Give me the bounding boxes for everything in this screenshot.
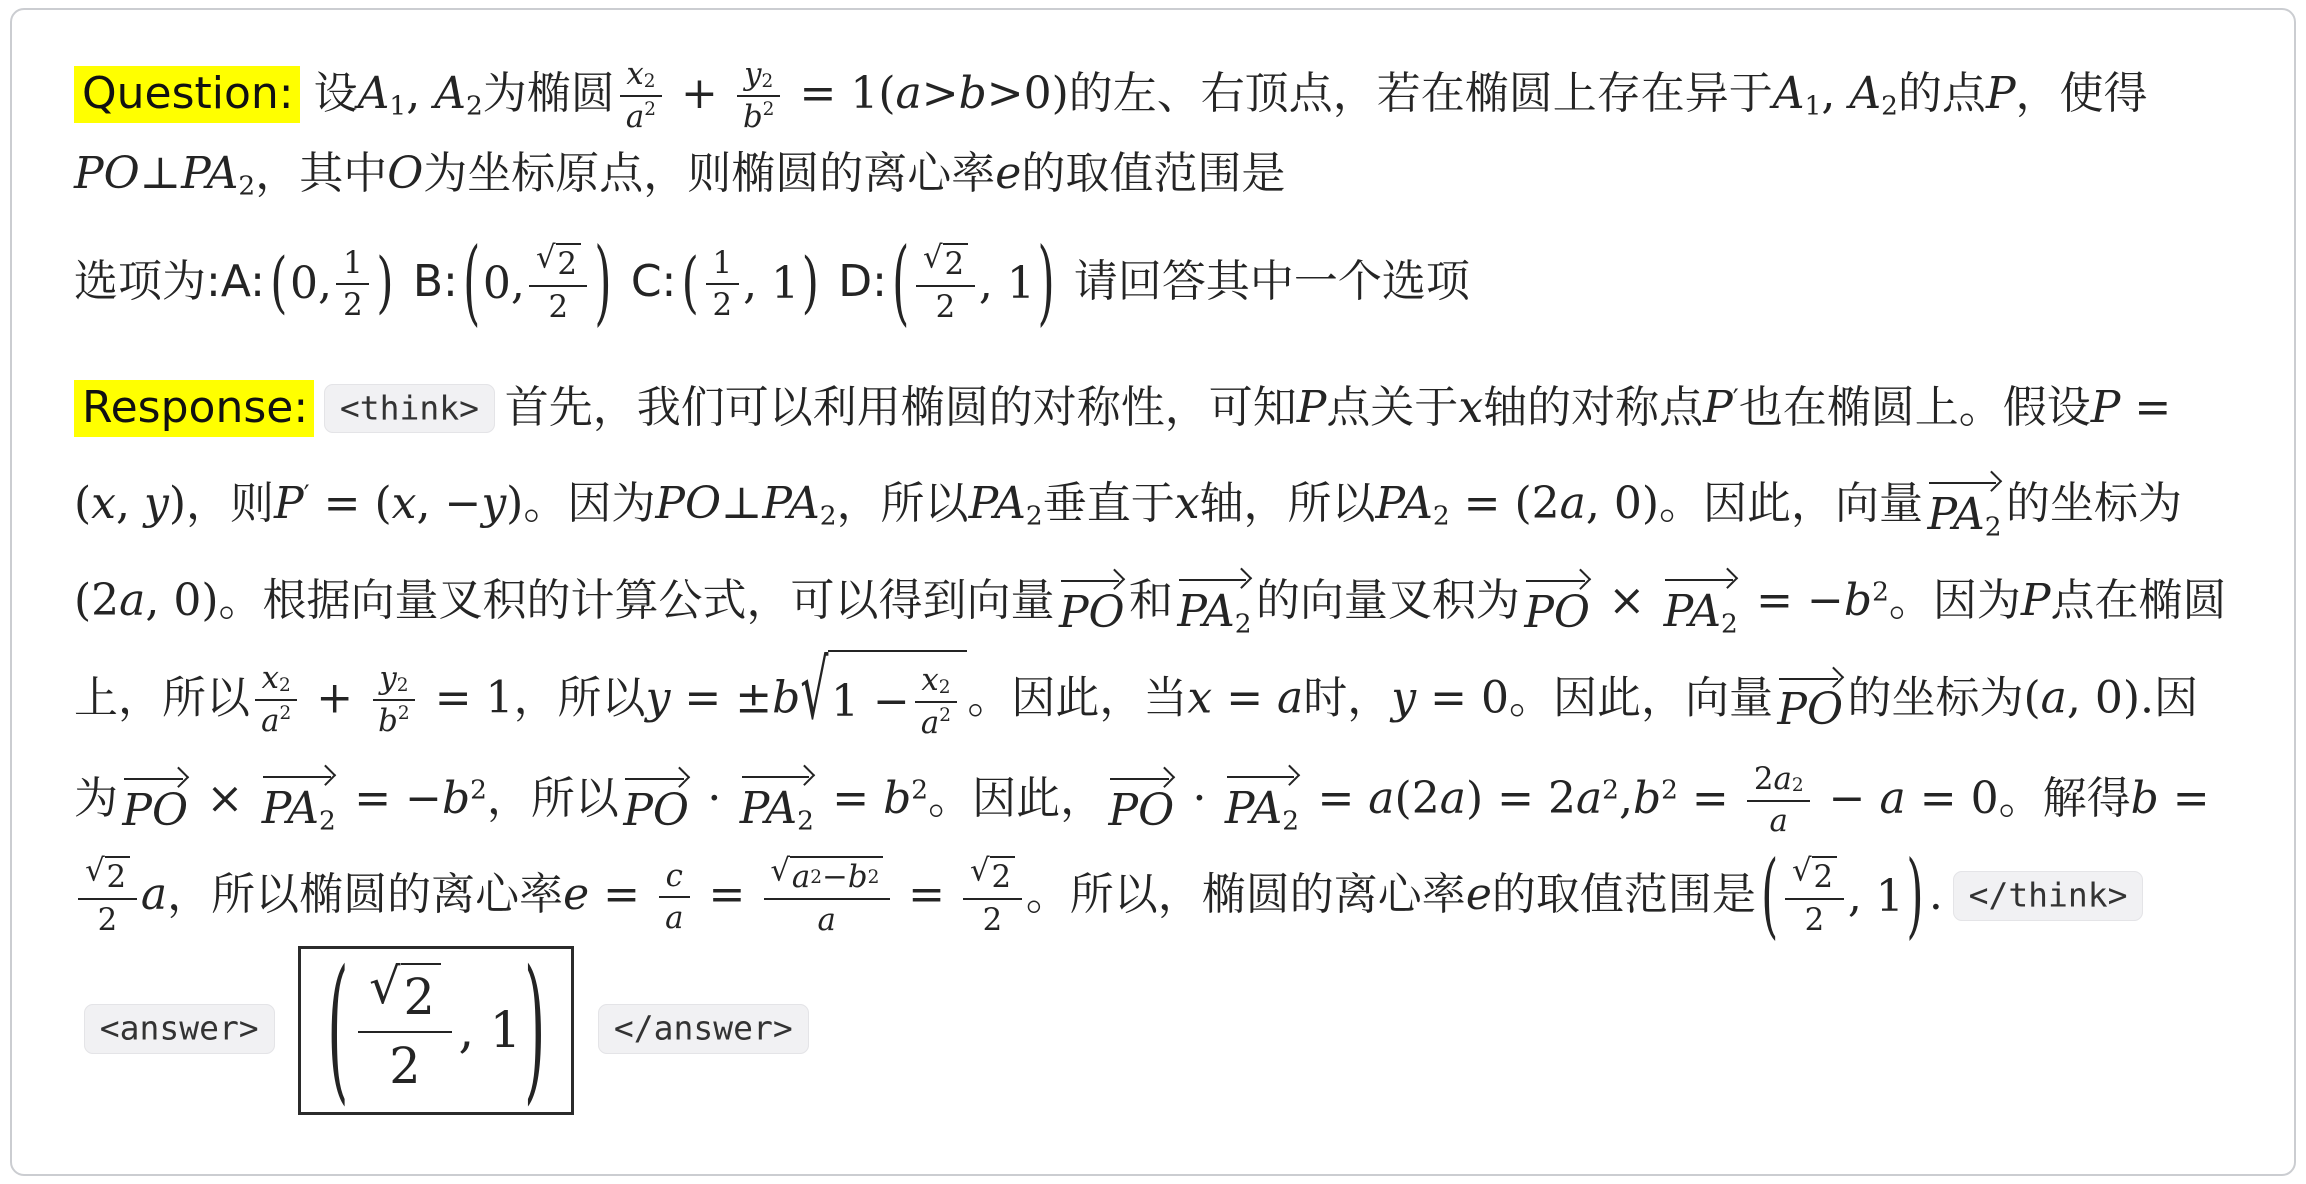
math-superscript: 2 — [810, 867, 822, 889]
text-run: 的左、右顶点，若在椭圆上存在异于 — [1069, 68, 1773, 119]
vector-body: PA2 — [1927, 492, 2001, 541]
math-variable: b — [1844, 575, 1872, 626]
math-subscript: 2 — [1881, 91, 1898, 122]
text-run: 。因此， — [928, 773, 1104, 824]
fraction-numerator: x2 — [255, 660, 298, 701]
math-variable: a — [921, 705, 939, 742]
math-literal: , — [1821, 68, 1849, 119]
math-literal: , 0) — [145, 575, 218, 626]
vector-body: PO — [1524, 590, 1590, 636]
math-subscript: 2 — [1721, 608, 1738, 639]
fraction-denominator: 2 — [91, 900, 124, 939]
fraction-denominator: a — [811, 900, 843, 939]
response-paragraph: Response:<think>首先，我们可以利用椭圆的对称性，可知P点关于x轴… — [74, 360, 2234, 1115]
math-variable: a — [1560, 478, 1586, 529]
vector-body: PA2 — [1177, 589, 1251, 638]
fraction-denominator: 2 — [706, 285, 739, 324]
math-sqrt: √2 — [970, 856, 1015, 896]
vector-arrow-icon — [122, 767, 188, 787]
vector-body: PO — [1059, 590, 1125, 636]
math-literal: 2 — [107, 859, 127, 896]
math-literal: = ± — [670, 672, 772, 723]
math-literal: , − — [416, 478, 481, 529]
math-variable: PA — [1664, 586, 1721, 637]
math-literal: ) = 2 — [1466, 773, 1576, 824]
vector-arrow-icon — [1059, 570, 1125, 590]
fraction-denominator: a — [658, 898, 690, 937]
math-literal: 2 — [983, 902, 1003, 939]
math-literal: = — [894, 869, 959, 920]
math-variable: a — [1880, 773, 1906, 824]
math-literal: 2 — [389, 1036, 420, 1098]
math-literal: 1 — [343, 245, 363, 282]
math-variable: x — [1175, 478, 1200, 529]
math-variable: e — [563, 869, 589, 920]
math-superscript: 2 — [1792, 775, 1804, 797]
highlight-label: Question: — [74, 66, 300, 123]
math-superscript: 2 — [1602, 774, 1619, 805]
math-variable: a — [895, 68, 921, 119]
radical-sign-icon: √ — [85, 855, 105, 886]
text-run: 的点 — [1898, 68, 1986, 119]
math-variable: O — [387, 148, 423, 199]
math-literal: = ( — [310, 478, 392, 529]
text-run: 也在椭圆上。假设 — [1739, 382, 2091, 433]
math-variable: A — [1849, 68, 1881, 119]
text-run: 点关于 — [1326, 382, 1458, 433]
text-run: 。解得 — [1999, 773, 2131, 824]
fraction-denominator: 2 — [336, 285, 369, 324]
fraction-numerator: x2 — [915, 662, 958, 703]
question-paragraph: Question: 设A1, A2为椭圆x2a2 + y2b2 = 1(a>b>… — [74, 56, 2234, 211]
text-run: 轴的对称点 — [1483, 382, 1703, 433]
fraction-numerator: y2 — [737, 56, 780, 97]
math-variable: y — [144, 478, 169, 529]
math-fraction: x2a2 — [254, 660, 298, 740]
math-variable: x — [1458, 382, 1483, 433]
code-tag-chip: <think> — [324, 384, 495, 434]
text-run: 为椭圆 — [483, 68, 615, 119]
radical-sign-icon: √ — [923, 242, 943, 273]
math-fraction: y2b2 — [371, 660, 416, 740]
math-variable: c — [666, 858, 683, 895]
math-variable: PA — [1927, 489, 1984, 540]
math-variable: PA — [1177, 586, 1234, 637]
document-card: Question: 设A1, A2为椭圆x2a2 + y2b2 = 1(a>b>… — [10, 8, 2296, 1176]
text-run: 设 — [300, 68, 358, 119]
text-run: ，所以椭圆的离心率 — [167, 869, 563, 920]
math-literal: , 1 — [1848, 849, 1904, 946]
math-literal: , 0) — [1586, 478, 1659, 529]
math-fraction: 2a2a — [1747, 761, 1810, 841]
math-variable: PO — [623, 785, 689, 836]
open-paren: ( — [1761, 851, 1778, 943]
math-literal: > — [922, 68, 959, 119]
math-variable: y — [646, 672, 671, 723]
math-variable: b — [743, 99, 763, 136]
math-literal: 2 — [1805, 902, 1825, 939]
radical-sign-icon: √ — [536, 242, 556, 273]
math-literal: ) — [169, 478, 186, 529]
math-literal: , 0). — [2067, 672, 2154, 723]
math-superscript: 2 — [939, 677, 951, 699]
text-run: 的坐标为 — [2006, 478, 2182, 529]
math-variable: PA — [969, 478, 1026, 529]
math-variable: y — [744, 56, 761, 93]
math-variable: b — [1633, 773, 1661, 824]
math-literal: 0, — [290, 239, 332, 329]
math-variable: P — [2091, 382, 2121, 433]
math-variable: a — [818, 902, 836, 939]
math-variable: PA — [762, 478, 819, 529]
math-superscript: 2 — [911, 774, 928, 805]
math-variable: A — [434, 68, 466, 119]
answer-box: (√22, 1) — [298, 946, 574, 1115]
math-variable: PA — [1225, 783, 1282, 834]
math-variable: e — [995, 148, 1021, 199]
open-paren: ( — [463, 238, 480, 330]
parens-content: √22, 1 — [348, 963, 524, 1098]
math-vector: PA2 — [1664, 568, 1738, 638]
math-variable: a — [1368, 773, 1394, 824]
math-variable: e — [1466, 869, 1492, 920]
parens-content: √22, 1 — [909, 239, 1037, 329]
vector-body: PA2 — [1664, 589, 1738, 638]
fraction-numerator: y2 — [373, 660, 416, 701]
highlight-label: Response: — [74, 380, 314, 437]
text-run: ，所以 — [514, 672, 646, 723]
close-paren: ) — [594, 238, 611, 330]
math-vector: PO — [122, 767, 188, 833]
vector-arrow-icon — [623, 767, 689, 787]
fraction-numerator: 1 — [706, 245, 739, 286]
math-fraction: √22 — [78, 856, 136, 939]
math-vector: PO — [623, 767, 689, 833]
text-run: C: — [617, 256, 677, 307]
math-literal: = 0 — [1906, 773, 1999, 824]
math-variable: A — [1773, 68, 1805, 119]
math-literal: 2 — [343, 287, 363, 324]
radical-sign-icon: √ — [1792, 855, 1812, 886]
math-vector: PO — [1777, 667, 1843, 733]
math-literal: 2 — [1813, 859, 1833, 896]
math-variable: x — [392, 478, 417, 529]
math-vector: PO — [1059, 570, 1125, 636]
math-literal: ( — [2023, 672, 2040, 723]
fraction-numerator: √a2 − b2 — [764, 856, 890, 900]
fraction-denominator: 2 — [976, 900, 1009, 939]
math-subscript: 2 — [820, 501, 837, 532]
math-variable: a — [1576, 773, 1602, 824]
math-variable: A — [358, 68, 390, 119]
math-variable: PA — [262, 783, 319, 834]
text-run: 。所以，椭圆的离心率 — [1026, 869, 1466, 920]
code-tag-chip: </think> — [1953, 871, 2144, 921]
math-fraction: √22 — [529, 243, 587, 326]
vector-body: PO — [1777, 687, 1843, 733]
fraction-numerator: √2 — [916, 243, 974, 287]
math-variable: PA — [740, 783, 797, 834]
vector-body: PO — [1108, 788, 1174, 834]
math-literal: 2 — [549, 289, 569, 326]
math-literal: = — [1678, 773, 1743, 824]
text-run: 。因此，向量 — [1509, 672, 1773, 723]
math-parens: (0, √22) — [463, 239, 611, 329]
math-variable: P — [1297, 382, 1327, 433]
math-variable: b — [848, 859, 868, 896]
open-paren: ( — [682, 251, 699, 317]
math-literal: − — [822, 859, 848, 896]
math-variable: x — [91, 478, 116, 529]
math-variable: PA — [181, 148, 238, 199]
math-variable: PO — [1777, 684, 1843, 735]
math-literal: · — [693, 773, 735, 824]
math-literal: 2 — [557, 246, 577, 283]
math-literal: × — [192, 773, 257, 824]
text-run: 的坐标为 — [1847, 672, 2023, 723]
math-literal: , — [1619, 773, 1633, 824]
math-fraction: 12 — [706, 245, 739, 325]
math-literal: >0) — [987, 68, 1069, 119]
text-run: 的取值范围是 — [1021, 148, 1285, 199]
math-sqrt: √2 — [923, 243, 968, 283]
math-vector: PA2 — [1225, 766, 1299, 836]
math-superscript: 2 — [279, 675, 291, 697]
math-literal: , 1 — [979, 239, 1035, 329]
text-run: 的取值范围是 — [1492, 869, 1756, 920]
math-literal: ⊥ — [721, 478, 762, 529]
text-run: D: — [824, 256, 887, 307]
text-run: 为坐标原点，则椭圆的离心率 — [423, 148, 995, 199]
vector-arrow-icon — [1108, 767, 1174, 787]
math-fraction: √22 — [358, 963, 451, 1098]
math-subscript: 2 — [1985, 511, 2002, 542]
parens-content: √22, 1 — [1778, 849, 1906, 946]
vector-arrow-icon — [1225, 766, 1299, 786]
radical-sign-icon: √ — [800, 652, 828, 733]
math-literal: = 0 — [1416, 672, 1509, 723]
math-superscript: 2 — [470, 774, 487, 805]
math-literal: = − — [340, 773, 442, 824]
close-paren: ) — [1906, 851, 1923, 943]
radicand: a2 − b2 — [790, 856, 883, 896]
math-literal: 2 — [936, 289, 956, 326]
math-literal: 2 — [404, 967, 435, 1029]
text-run: ，其中 — [255, 148, 387, 199]
math-sqrt: √1 − x2a2 — [800, 650, 967, 751]
math-literal: = (2 — [1450, 478, 1560, 529]
math-fraction: x2a2 — [619, 56, 663, 136]
math-literal: (2 — [1395, 773, 1440, 824]
math-vector: PO — [1524, 570, 1590, 636]
math-parens: (√22, 1) — [327, 963, 545, 1098]
close-paren: ) — [524, 952, 545, 1109]
math-superscript: 2 — [644, 99, 656, 136]
math-subscript: 2 — [319, 806, 336, 837]
text-run: ，则 — [186, 478, 274, 529]
math-superscript: 2 — [1661, 774, 1678, 805]
parens-content: 0, 12 — [287, 239, 376, 329]
fraction-denominator: 2 — [378, 1033, 431, 1098]
math-variable: b — [442, 773, 470, 824]
options-paragraph: 选项为:A:(0, 12) B:(0, √22) C:(12, 1) D:(√2… — [74, 237, 2234, 329]
fraction-numerator: √2 — [1785, 856, 1843, 900]
math-variable: x — [921, 662, 938, 699]
close-paren: ) — [376, 251, 393, 317]
fraction-denominator: 2 — [929, 287, 962, 326]
math-literal: , — [406, 68, 434, 119]
math-variable: y — [379, 660, 396, 697]
math-superscript: 2 — [1872, 577, 1889, 608]
math-literal: = 1( — [785, 68, 895, 119]
math-literal: × — [1594, 575, 1659, 626]
math-variable: P — [274, 478, 304, 529]
vector-arrow-icon — [1524, 570, 1590, 590]
open-paren: ( — [270, 251, 287, 317]
math-superscript: 2 — [762, 71, 774, 93]
math-variable: a — [1440, 773, 1466, 824]
vector-body: PA2 — [262, 786, 336, 835]
text-run: 首先，我们可以利用椭圆的对称性，可知 — [505, 382, 1297, 433]
text-run: 选项为:A: — [74, 256, 265, 307]
math-variable: a — [261, 703, 279, 740]
fraction-denominator: a2 — [619, 97, 663, 136]
math-variable: PO — [122, 785, 188, 836]
math-variable: a — [141, 869, 167, 920]
math-parens: (√22, 1) — [1761, 849, 1923, 946]
text-run: 和 — [1129, 575, 1173, 626]
math-vector: PA2 — [1177, 568, 1251, 638]
fraction-denominator: b2 — [371, 701, 416, 740]
math-variable: b — [959, 68, 987, 119]
vector-body: PO — [623, 788, 689, 834]
math-fraction: √a2 − b2a — [764, 856, 890, 939]
math-fraction: y2b2 — [736, 56, 781, 136]
code-tag-chip: <answer> — [84, 1004, 275, 1054]
math-subscript: 2 — [1235, 608, 1252, 639]
fraction-numerator: √2 — [529, 243, 587, 287]
math-variable: a — [665, 900, 683, 937]
math-literal: (2 — [74, 575, 119, 626]
math-fraction: ca — [658, 858, 690, 938]
math-superscript: 2 — [644, 71, 656, 93]
fraction-denominator: a2 — [254, 701, 298, 740]
text-run: ，所以 — [487, 773, 619, 824]
math-literal: = — [2159, 773, 2210, 824]
math-variable: b — [883, 773, 911, 824]
math-variable: PO — [74, 148, 140, 199]
vector-body: PA2 — [1225, 786, 1299, 835]
math-literal: 0, — [483, 239, 525, 329]
text-run: 请回答其中一个选项 — [1060, 256, 1470, 307]
math-variable: PO — [1059, 587, 1125, 638]
math-variable: x — [626, 56, 643, 93]
math-variable: P — [1986, 68, 2016, 119]
math-superscript: 2 — [398, 703, 410, 740]
radical-sign-icon: √ — [770, 855, 790, 886]
text-run: 。因此，当 — [967, 672, 1187, 723]
radical-sign-icon: √ — [369, 962, 400, 1011]
math-subscript: 2 — [1026, 501, 1043, 532]
math-literal: + — [302, 672, 367, 723]
close-paren: ) — [802, 251, 819, 317]
vector-arrow-icon — [1177, 568, 1251, 588]
radical-sign-icon: √ — [970, 855, 990, 886]
math-literal: 2 — [713, 287, 733, 324]
fraction-denominator: 2 — [542, 287, 575, 326]
radicand: 2 — [105, 856, 130, 896]
math-variable: x — [262, 660, 279, 697]
math-vector: PO — [1108, 767, 1174, 833]
fraction-numerator: √2 — [963, 856, 1021, 900]
text-run: 。根据向量叉积的计算公式，可以得到向量 — [219, 575, 1055, 626]
math-superscript: 2 — [763, 99, 775, 136]
math-variable: a — [1277, 672, 1303, 723]
math-vector: PA2 — [740, 766, 814, 836]
fraction-denominator: a2 — [914, 703, 958, 742]
math-parens: (0, 12) — [270, 239, 393, 329]
math-vector: PA2 — [1927, 472, 2001, 542]
math-variable: x — [1187, 672, 1212, 723]
math-literal: 2 — [1754, 761, 1774, 798]
text-run: 的向量叉积为 — [1256, 575, 1520, 626]
math-subscript: 2 — [466, 91, 483, 122]
text-run: ，使得 — [2016, 68, 2148, 119]
math-sqrt: √2 — [536, 243, 581, 283]
math-superscript: 2 — [279, 703, 291, 740]
math-variable: PO — [655, 478, 721, 529]
text-run: 。因此，向量 — [1659, 478, 1923, 529]
math-subscript: 2 — [1433, 501, 1450, 532]
math-literal: = — [1212, 672, 1277, 723]
math-fraction: √22 — [916, 243, 974, 326]
fraction-numerator: x2 — [620, 56, 663, 97]
math-literal: = 1 — [421, 672, 514, 723]
math-literal: 2 — [98, 902, 118, 939]
text-run: 轴，所以 — [1200, 478, 1376, 529]
radicand: 1 − x2a2 — [828, 650, 967, 751]
math-sqrt: √2 — [85, 856, 130, 896]
math-literal: = − — [1742, 575, 1844, 626]
math-subscript: 2 — [1282, 806, 1299, 837]
parens-content: 0, √22 — [480, 239, 594, 329]
math-literal: ) — [506, 478, 523, 529]
math-variable: a — [119, 575, 145, 626]
parens-content: 12, 1 — [699, 239, 802, 329]
math-variable: P — [1703, 382, 1733, 433]
math-vector: PA2 — [262, 766, 336, 836]
fraction-numerator: √2 — [358, 963, 451, 1034]
text-run: 垂直于 — [1043, 478, 1175, 529]
math-literal: = — [818, 773, 883, 824]
math-subscript: 1 — [1805, 91, 1822, 122]
open-paren: ( — [327, 952, 348, 1109]
fraction-numerator: 2a2 — [1747, 761, 1810, 802]
vector-body: PO — [122, 788, 188, 834]
math-variable: a — [1770, 803, 1788, 840]
math-sqrt: √a2 − b2 — [770, 856, 883, 896]
math-subscript: 2 — [797, 806, 814, 837]
radicand: 2 — [556, 243, 581, 283]
math-literal: , — [116, 478, 144, 529]
math-variable: a — [2041, 672, 2067, 723]
math-variable: b — [378, 703, 398, 740]
text-run: B: — [399, 256, 458, 307]
fraction-numerator: √2 — [78, 856, 136, 900]
radicand: 2 — [943, 243, 968, 283]
fraction-numerator: c — [659, 858, 690, 899]
math-variable: y — [1391, 672, 1416, 723]
